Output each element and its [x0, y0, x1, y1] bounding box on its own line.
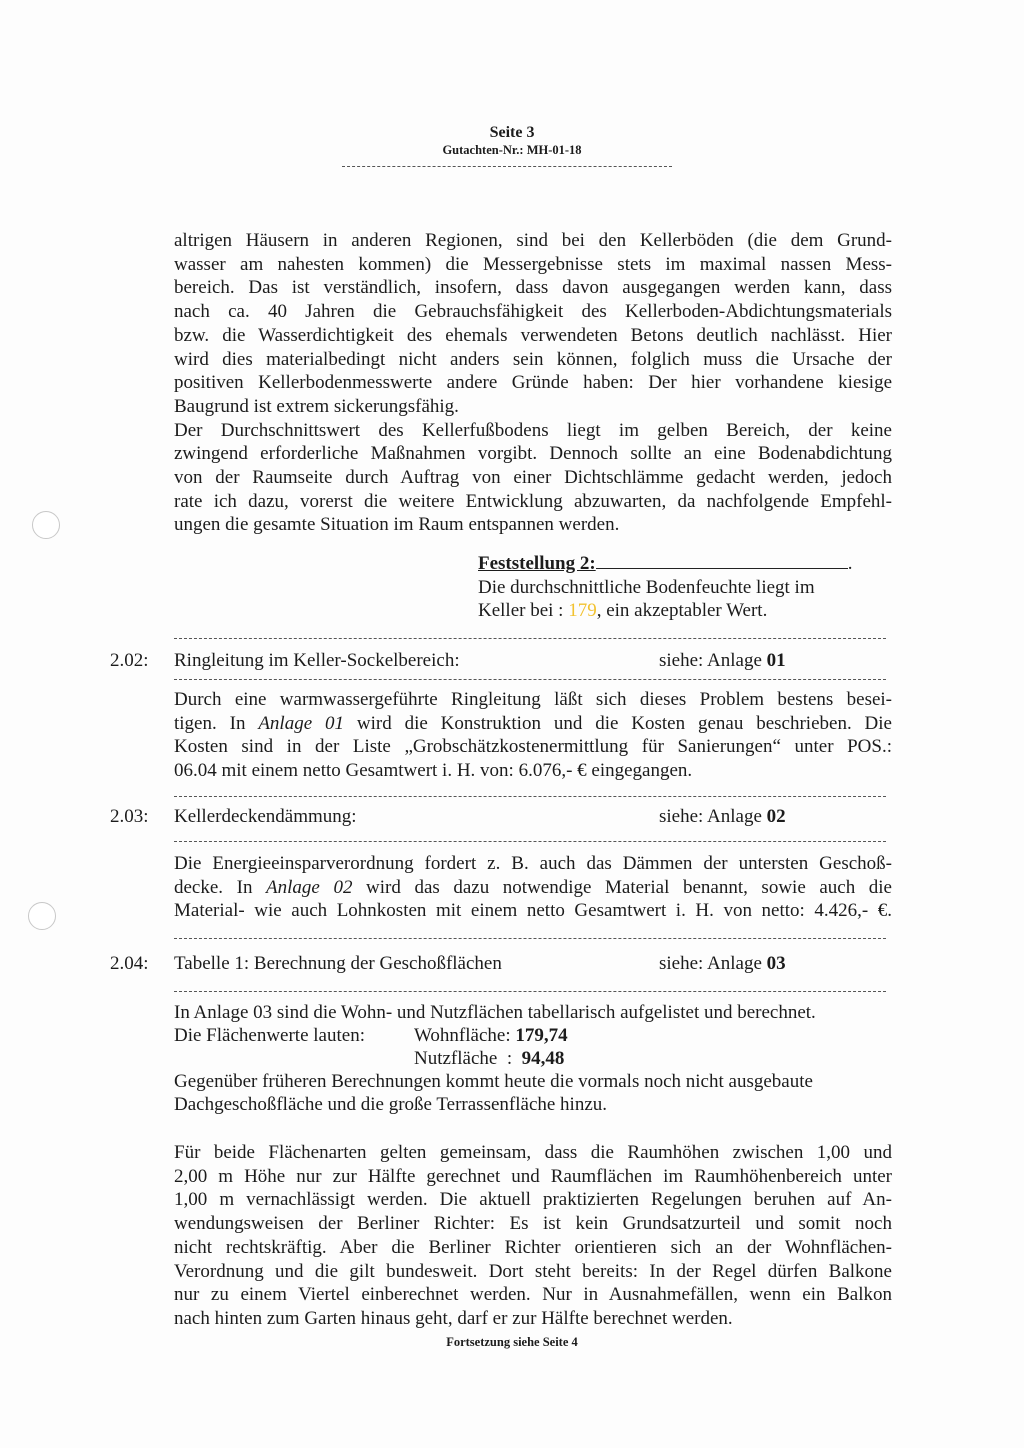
annex-reference: siehe: Anlage 02: [659, 806, 786, 828]
text-line: Dachgeschoßfläche und die große Terrasse…: [174, 1093, 894, 1116]
continuation-note: Fortsetzung siehe Seite 4: [0, 1335, 1024, 1350]
text-line: In Anlage 03 sind die Wohn- und Nutzfläc…: [174, 1001, 894, 1024]
annex-reference: siehe: Anlage 01: [659, 650, 786, 672]
text-part: wird das dazu notwendige Material benann…: [352, 877, 892, 898]
living-area-label: Wohnfläche:: [414, 1025, 515, 1046]
text-line: rate ich dazu, vorerst die weitere Entwi…: [174, 490, 892, 514]
section-body: Durch eine warmwassergeführte Ringleitun…: [174, 688, 892, 783]
text-line: 2,00 m Höhe nur zur Hälfte gerechnet und…: [174, 1165, 892, 1189]
text-line: wasser am nahesten kommen) die Messergeb…: [174, 253, 892, 277]
section-number: 2.03:: [110, 806, 149, 828]
finding-prefix: Keller bei :: [478, 600, 568, 621]
values-label: Die Flächenwerte lauten:: [174, 1025, 365, 1046]
section-divider: [174, 938, 886, 939]
annex-label: siehe: Anlage: [659, 650, 767, 671]
living-area: Wohnfläche: 179,74: [414, 1024, 568, 1047]
finding-box: Feststellung 2:. Die durchschnittliche B…: [478, 552, 882, 623]
text-line: zwingend erforderliche Maßnahmen vorgibt…: [174, 442, 892, 466]
closing-paragraph: Für beide Flächenarten gelten gemeinsam,…: [174, 1141, 892, 1331]
text-line: Der Durchschnittswert des Kellerfußboden…: [174, 419, 892, 443]
living-area-value: 179,74: [515, 1025, 567, 1046]
text-line: nach ca. 40 Jahren die Gebrauchsfähigkei…: [174, 300, 892, 324]
annex-label: siehe: Anlage: [659, 806, 767, 827]
text-line: wird dies materialbedingt nicht anders s…: [174, 348, 892, 372]
section-number: 2.04:: [110, 953, 149, 975]
text-line: Die Energieeinsparverordnung fordert z. …: [174, 852, 892, 876]
page-number: Seite 3: [0, 124, 1024, 142]
annex-number: 01: [767, 650, 786, 671]
intro-paragraph: altrigen Häusern in anderen Regionen, si…: [174, 229, 892, 537]
finding-suffix: , ein akzeptabler Wert.: [597, 600, 768, 621]
section-body: Die Energieeinsparverordnung fordert z. …: [174, 852, 892, 923]
finding-heading: Feststellung 2:: [478, 553, 596, 574]
text-part: wird die Konstruktion und die Kosten gen…: [344, 713, 892, 734]
text-line: positiven Kellerbodenmesswerte andere Gr…: [174, 371, 892, 395]
header-divider: [342, 166, 672, 167]
annex-label: siehe: Anlage: [659, 953, 767, 974]
section-divider: [174, 796, 886, 797]
annex-number: 02: [767, 806, 786, 827]
text-line: decke. In Anlage 02 wird das dazu notwen…: [174, 876, 892, 900]
text-line: bzw. die Wasserdichtigkeit des ehemals v…: [174, 324, 892, 348]
punch-hole-icon: [32, 511, 60, 539]
annex-number: 03: [767, 953, 786, 974]
text-line: nach hinten zum Garten hinaus geht, darf…: [174, 1307, 892, 1331]
text-line: Durch eine warmwassergeführte Ringleitun…: [174, 688, 892, 712]
text-line: 06.04 mit einem netto Gesamtwert i. H. v…: [174, 759, 892, 783]
section-title: Tabelle 1: Berechnung der Geschoßflächen: [174, 953, 502, 975]
punch-hole-icon: [28, 902, 56, 930]
text-part: decke. In: [174, 877, 266, 898]
usable-area-value: 94,48: [522, 1048, 565, 1069]
section-divider: [174, 991, 886, 992]
section-title: Ringleitung im Keller-Sockelbereich:: [174, 650, 460, 672]
usable-area: Nutzfläche : 94,48: [414, 1047, 564, 1070]
section-divider: [174, 841, 886, 842]
text-line: nicht rechtskräftig. Aber die Berliner R…: [174, 1236, 892, 1260]
usable-area-label: Nutzfläche :: [414, 1048, 522, 1069]
finding-dot: .: [848, 553, 853, 574]
text-line: von der Raumseite durch Auftrag von eine…: [174, 466, 892, 490]
text-line: Kosten sind in der Liste „Grobschätzkost…: [174, 735, 892, 759]
text-line: Material- wie auch Lohnkosten mit einem …: [174, 899, 892, 923]
section-number: 2.02:: [110, 650, 149, 672]
values-row: Die Flächenwerte lauten: Wohnfläche: 179…: [174, 1024, 894, 1047]
moisture-value: 179: [568, 600, 597, 621]
text-line: bereich. Das ist verständlich, insofern,…: [174, 276, 892, 300]
section-title: Kellerdeckendämmung:: [174, 806, 357, 828]
text-line: Baugrund ist extrem sickerungsfähig.: [174, 395, 892, 419]
text-part: tigen. In: [174, 713, 258, 734]
text-line: ungen die gesamte Situation im Raum ents…: [174, 513, 892, 537]
section-divider: [174, 679, 886, 680]
finding-underline: [596, 554, 848, 569]
text-line: tigen. In Anlage 01 wird die Konstruktio…: [174, 712, 892, 736]
text-line: Für beide Flächenarten gelten gemeinsam,…: [174, 1141, 892, 1165]
finding-line-1: Die durchschnittliche Bodenfeuchte liegt…: [478, 576, 882, 600]
text-line: 1,00 m vernachlässigt werden. Die aktuel…: [174, 1188, 892, 1212]
text-line: wendungsweisen der Berliner Richter: Es …: [174, 1212, 892, 1236]
section-divider: [174, 638, 886, 639]
finding-line-2: Keller bei : 179, ein akzeptabler Wert.: [478, 599, 882, 623]
annex-link-text: Anlage 01: [258, 713, 344, 734]
annex-link-text: Anlage 02: [266, 877, 352, 898]
finding-heading-row: Feststellung 2:.: [478, 552, 882, 576]
section-body: In Anlage 03 sind die Wohn- und Nutzfläc…: [174, 1001, 894, 1116]
text-line: Verordnung und die gilt bundesweit. Dort…: [174, 1260, 892, 1284]
report-number: Gutachten-Nr.: MH-01-18: [0, 143, 1024, 158]
values-row: Nutzfläche : 94,48: [174, 1047, 894, 1070]
text-line: altrigen Häusern in anderen Regionen, si…: [174, 229, 892, 253]
text-line: Gegenüber früheren Berechnungen kommt he…: [174, 1070, 894, 1093]
annex-reference: siehe: Anlage 03: [659, 953, 786, 975]
text-line: nur zu einem Viertel einberechnet werden…: [174, 1283, 892, 1307]
